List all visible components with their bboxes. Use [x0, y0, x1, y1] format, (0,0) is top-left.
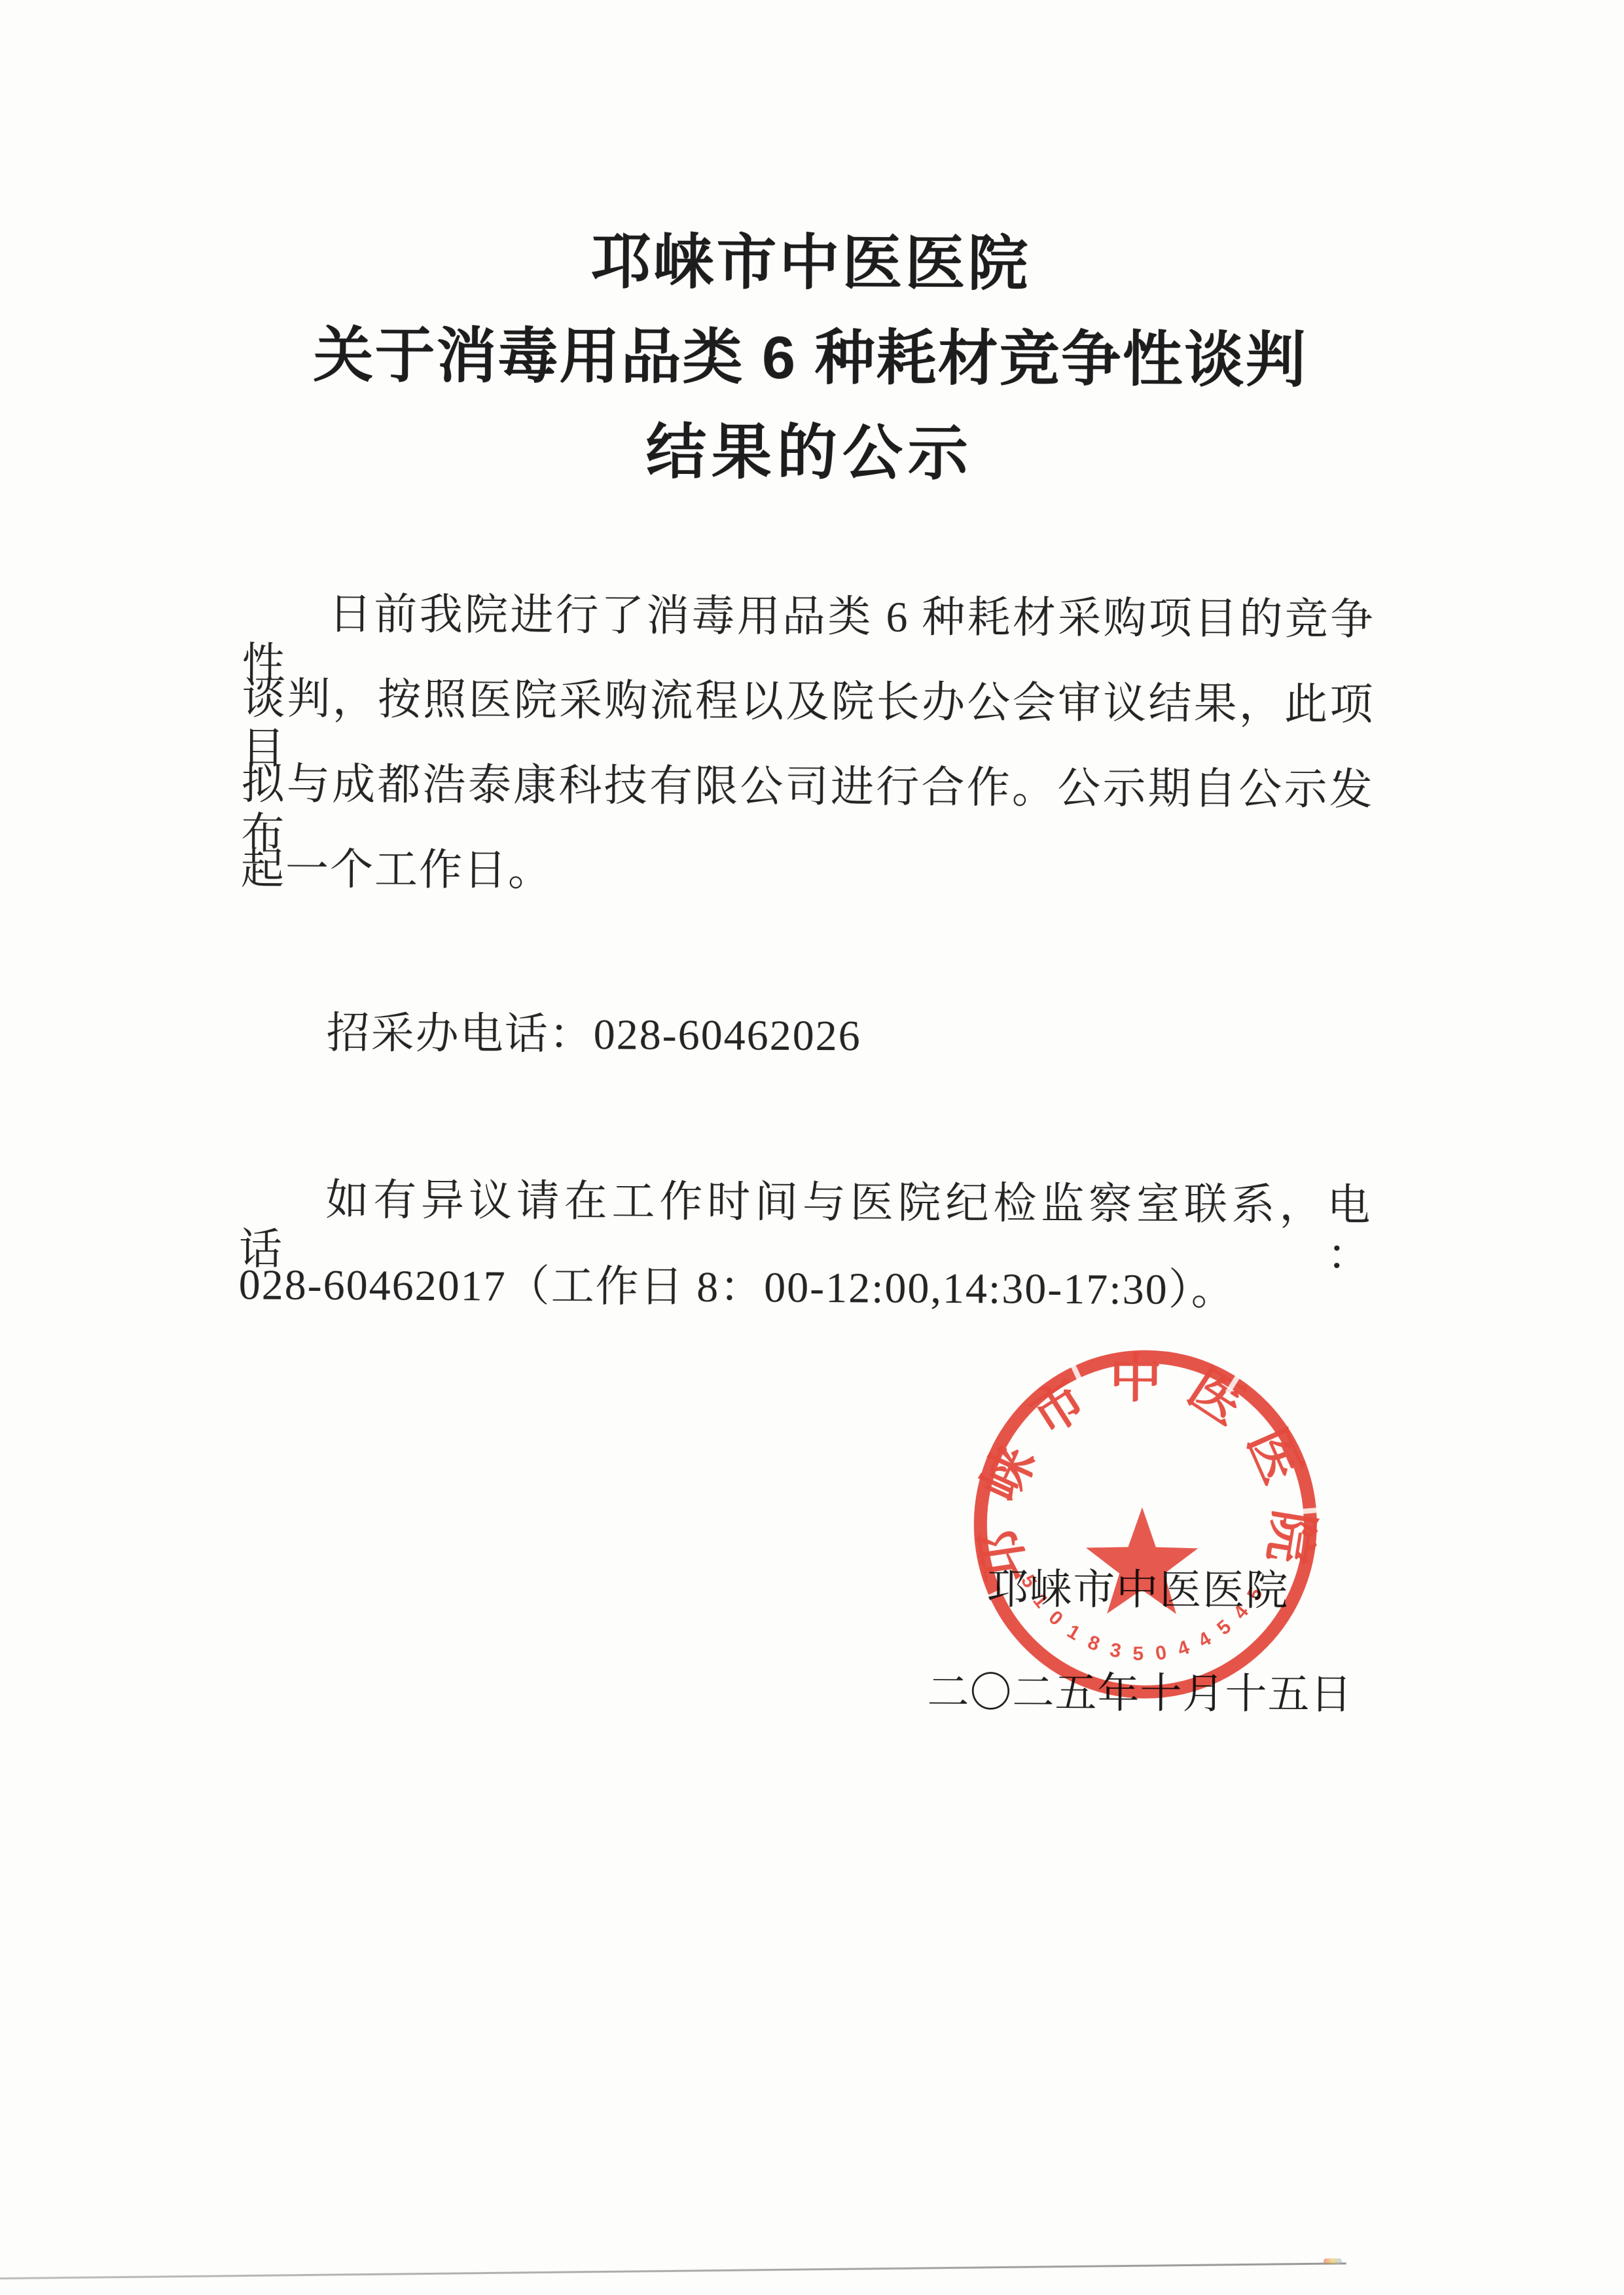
scanned-content: 邛崃市中医医院 关于消毒用品类 6 种耗材竞争性谈判 结果的公示 日前我院进行了…: [0, 0, 1624, 2295]
scan-color-speck: [1324, 2258, 1342, 2264]
document-title-line-3: 结果的公示: [0, 414, 1622, 492]
document-title-line-1: 邛崃市中医医院: [0, 225, 1623, 303]
seal-star: [1085, 1507, 1198, 1614]
scan-paper-edge: [0, 2262, 1346, 2279]
objection-line: 028-60462017（工作日 8：00-12:00,14:30-17:30）…: [239, 1260, 1371, 1316]
contact-phone-line: 招采办电话：028-60462026: [240, 1008, 1373, 1064]
document-title-line-2: 关于消毒用品类 6 种耗材竞争性谈判: [0, 319, 1622, 397]
document-page: 邛崃市中医医院 关于消毒用品类 6 种耗材竞争性谈判 结果的公示 日前我院进行了…: [0, 0, 1624, 2295]
paragraph-line: 起一个工作日。: [241, 844, 1373, 900]
official-seal-stamp: 邛崃市中医医院 5101835044545: [933, 1323, 1361, 1744]
